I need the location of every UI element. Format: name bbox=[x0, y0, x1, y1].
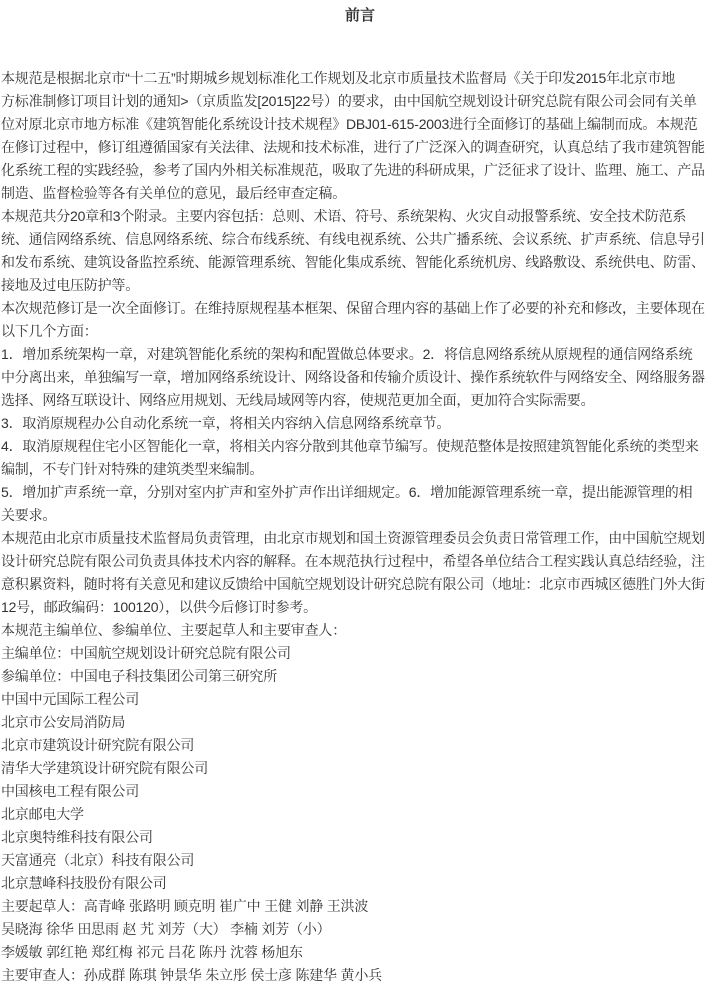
document-body: 本规范是根据北京市“十二五”时期城乡规划标准化工作规划及北京市质量技术监督局《关… bbox=[1, 67, 720, 987]
paragraph: 天富通亮（北京）科技有限公司 bbox=[1, 849, 720, 872]
text-line: 12号，邮政编码：100120），以供今后修订时参考。 bbox=[1, 596, 720, 619]
text-line: 主要审查人：孙成群 陈琪 钟景华 朱立彤 侯士彦 陈建华 黄小兵 bbox=[1, 964, 720, 987]
paragraph: 本规范共分20章和3个附录。主要内容包括：总则、术语、符号、系统架构、火灾自动报… bbox=[1, 205, 720, 297]
page-title: 前言 bbox=[0, 6, 720, 26]
paragraph: 3．取消原规程办公自动化系统一章，将相关内容纳入信息网络系统章节。 bbox=[1, 412, 720, 435]
paragraph: 参编单位：中国电子科技集团公司第三研究所 bbox=[1, 665, 720, 688]
text-line: 和发布系统、建筑设备监控系统、能源管理系统、智能化集成系统、智能化系统机房、线路… bbox=[1, 251, 720, 274]
text-line: 本规范主编单位、参编单位、主要起草人和主要审查人： bbox=[1, 619, 720, 642]
text-line: 北京慧峰科技股份有限公司 bbox=[1, 872, 720, 895]
text-line: 北京邮电大学 bbox=[1, 803, 720, 826]
text-line: 在修订过程中，修订组遵循国家有关法律、法规和技术标准，进行了广泛深入的调查研究，… bbox=[1, 136, 720, 159]
text-line: 1．增加系统架构一章，对建筑智能化系统的架构和配置做总体要求。2．将信息网络系统… bbox=[1, 343, 720, 366]
text-line: 设计研究总院有限公司负责具体技术内容的解释。在本规范执行过程中，希望各单位结合工… bbox=[1, 550, 720, 573]
text-line: 参编单位：中国电子科技集团公司第三研究所 bbox=[1, 665, 720, 688]
text-line: 中国核电工程有限公司 bbox=[1, 780, 720, 803]
text-line: 中国中元国际工程公司 bbox=[1, 688, 720, 711]
text-line: 主要起草人：高青峰 张路明 顾克明 崔广中 王健 刘静 王洪波 bbox=[1, 895, 720, 918]
paragraph: 本规范主编单位、参编单位、主要起草人和主要审查人： bbox=[1, 619, 720, 642]
paragraph: 本规范是根据北京市“十二五”时期城乡规划标准化工作规划及北京市质量技术监督局《关… bbox=[1, 67, 720, 205]
text-line: 统、通信网络系统、信息网络系统、综合布线系统、有线电视系统、公共广播系统、会议系… bbox=[1, 228, 720, 251]
paragraph: 清华大学建筑设计研究院有限公司 bbox=[1, 757, 720, 780]
text-line: 位对原北京市地方标准《建筑智能化系统设计技术规程》DBJ01-615-2003进… bbox=[1, 113, 720, 136]
text-line: 方标准制修订项目计划的通知>（京质监发[2015]22号）的要求，由中国航空规划… bbox=[1, 90, 720, 113]
text-line: 中分离出来，单独编写一章，增加网络系统设计、网络设备和传输介质设计、操作系统软件… bbox=[1, 366, 720, 389]
text-line: 北京市公安局消防局 bbox=[1, 711, 720, 734]
paragraph: 主编单位：中国航空规划设计研究总院有限公司 bbox=[1, 642, 720, 665]
paragraph: 北京慧峰科技股份有限公司 bbox=[1, 872, 720, 895]
paragraph: 北京奥特维科技有限公司 bbox=[1, 826, 720, 849]
paragraph: 北京市建筑设计研究院有限公司 bbox=[1, 734, 720, 757]
document-page: 前言 本规范是根据北京市“十二五”时期城乡规划标准化工作规划及北京市质量技术监督… bbox=[0, 0, 720, 1008]
text-line: 北京市建筑设计研究院有限公司 bbox=[1, 734, 720, 757]
text-line: 3．取消原规程办公自动化系统一章，将相关内容纳入信息网络系统章节。 bbox=[1, 412, 720, 435]
paragraph: 中国核电工程有限公司 bbox=[1, 780, 720, 803]
text-line: 化系统工程的实践经验，参考了国内外相关标准规范，吸取了先进的科研成果，广泛征求了… bbox=[1, 159, 720, 182]
paragraph: 中国中元国际工程公司 bbox=[1, 688, 720, 711]
paragraph: 1．增加系统架构一章，对建筑智能化系统的架构和配置做总体要求。2．将信息网络系统… bbox=[1, 343, 720, 412]
text-line: 选择、网络互联设计、网络应用规划、无线局域网等内容，使规范更加全面，更加符合实际… bbox=[1, 389, 720, 412]
paragraph: 4．取消原规程住宅小区智能化一章，将相关内容分散到其他章节编写。使规范整体是按照… bbox=[1, 435, 720, 481]
paragraph: 本规范由北京市质量技术监督局负责管理，由北京市规划和国土资源管理委员会负责日常管… bbox=[1, 527, 720, 619]
text-line: 5．增加扩声系统一章，分别对室内扩声和室外扩声作出详细规定。6．增加能源管理系统… bbox=[1, 481, 720, 504]
text-line: 本规范共分20章和3个附录。主要内容包括：总则、术语、符号、系统架构、火灾自动报… bbox=[1, 205, 720, 228]
paragraph: 北京邮电大学 bbox=[1, 803, 720, 826]
paragraph: 主要起草人：高青峰 张路明 顾克明 崔广中 王健 刘静 王洪波吴晓海 徐华 田思… bbox=[1, 895, 720, 964]
text-line: 接地及过电压防护等。 bbox=[1, 274, 720, 297]
paragraph: 本次规范修订是一次全面修订。在维持原规程基本框架、保留合理内容的基础上作了必要的… bbox=[1, 297, 720, 343]
text-line: 本规范由北京市质量技术监督局负责管理，由北京市规划和国土资源管理委员会负责日常管… bbox=[1, 527, 720, 550]
text-line: 主编单位：中国航空规划设计研究总院有限公司 bbox=[1, 642, 720, 665]
paragraph: 北京市公安局消防局 bbox=[1, 711, 720, 734]
text-line: 本次规范修订是一次全面修订。在维持原规程基本框架、保留合理内容的基础上作了必要的… bbox=[1, 297, 720, 320]
text-line: 李媛敏 郭红艳 郑红梅 祁元 吕花 陈丹 沈蓉 杨旭东 bbox=[1, 941, 720, 964]
text-line: 吴晓海 徐华 田思雨 赵 艽 刘芳（大） 李楠 刘芳（小） bbox=[1, 918, 720, 941]
text-line: 编制，不专门针对特殊的建筑类型来编制。 bbox=[1, 458, 720, 481]
text-line: 制造、监督检验等各有关单位的意见，最后经审查定稿。 bbox=[1, 182, 720, 205]
text-line: 北京奥特维科技有限公司 bbox=[1, 826, 720, 849]
text-line: 意积累资料，随时将有关意见和建议反馈给中国航空规划设计研究总院有限公司（地址：北… bbox=[1, 573, 720, 596]
text-line: 4．取消原规程住宅小区智能化一章，将相关内容分散到其他章节编写。使规范整体是按照… bbox=[1, 435, 720, 458]
paragraph: 5．增加扩声系统一章，分别对室内扩声和室外扩声作出详细规定。6．增加能源管理系统… bbox=[1, 481, 720, 527]
text-line: 本规范是根据北京市“十二五”时期城乡规划标准化工作规划及北京市质量技术监督局《关… bbox=[1, 67, 720, 90]
text-line: 以下几个方面： bbox=[1, 320, 720, 343]
paragraph: 主要审查人：孙成群 陈琪 钟景华 朱立彤 侯士彦 陈建华 黄小兵 bbox=[1, 964, 720, 987]
text-line: 天富通亮（北京）科技有限公司 bbox=[1, 849, 720, 872]
text-line: 关要求。 bbox=[1, 504, 720, 527]
text-line: 清华大学建筑设计研究院有限公司 bbox=[1, 757, 720, 780]
